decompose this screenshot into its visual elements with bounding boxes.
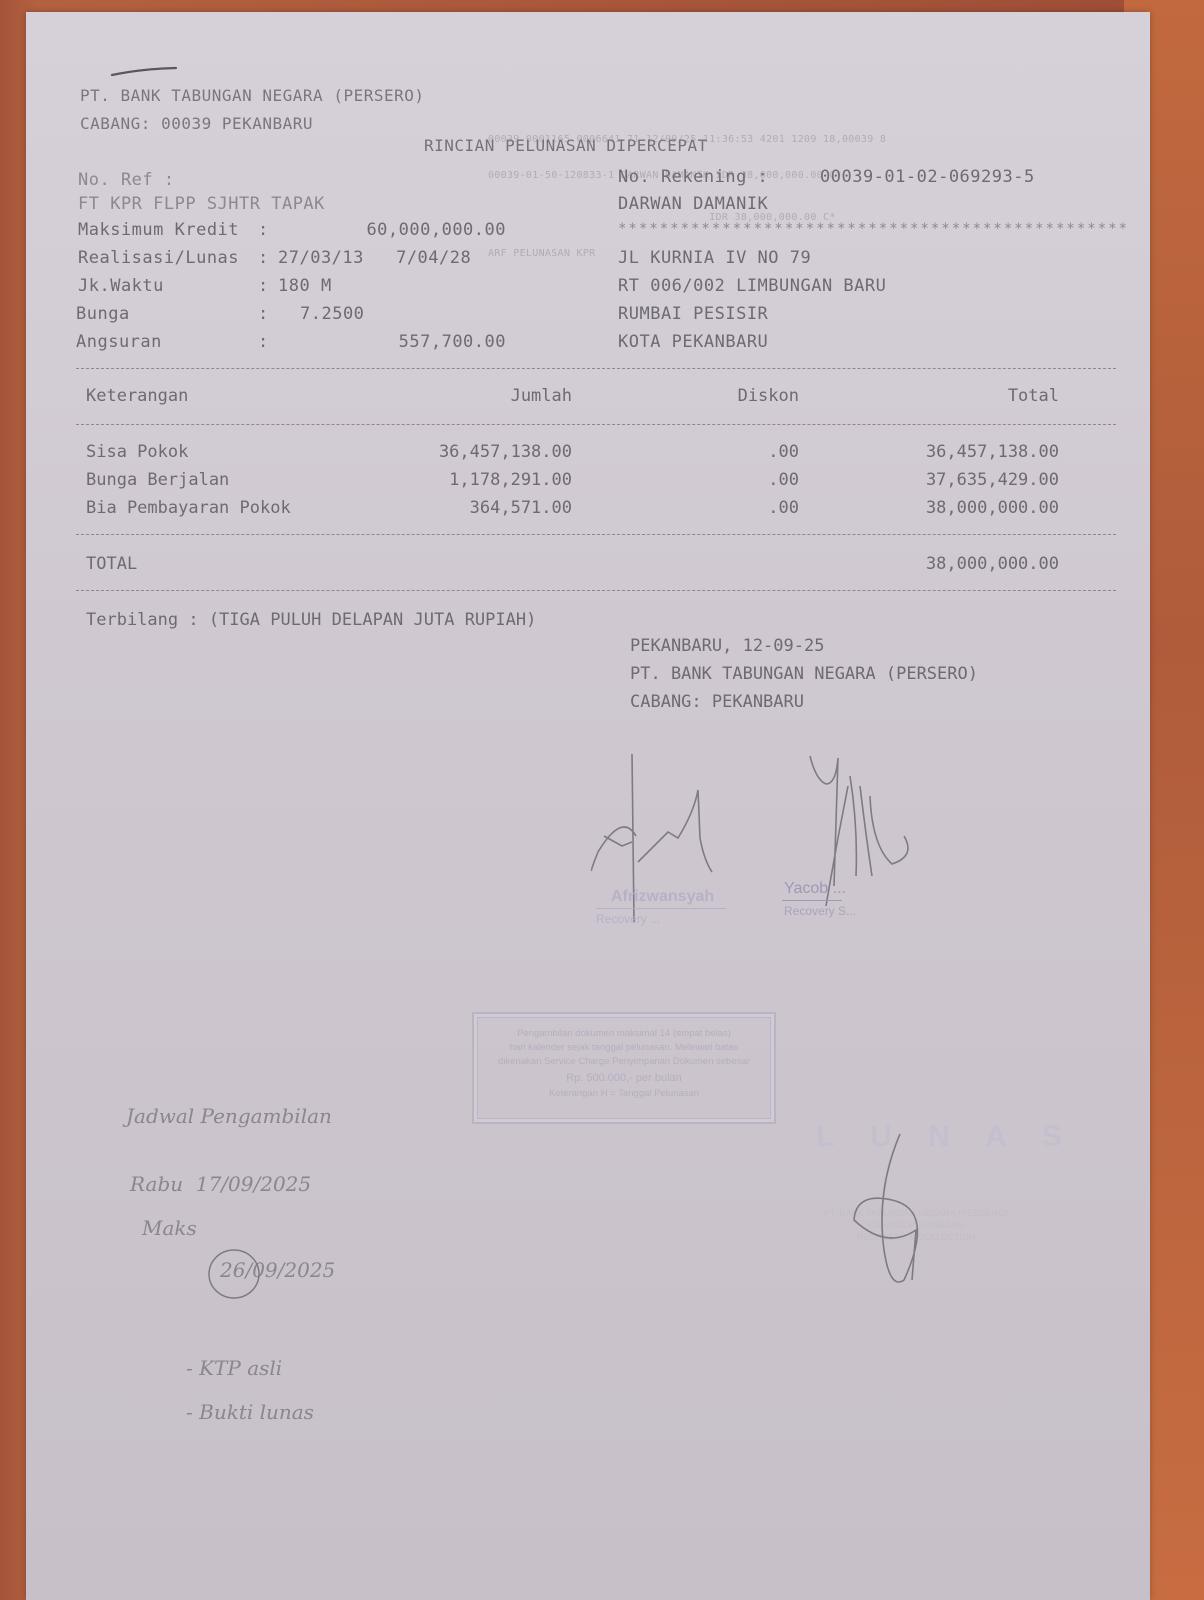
address-line: KOTA PEKANBARU — [618, 332, 768, 352]
field-label: Realisasi/Lunas — [78, 248, 239, 268]
divider — [76, 534, 1116, 535]
stamp-line: hari kalender sejak tanggal pelunasan. M… — [474, 1042, 774, 1053]
place-date: PEKANBARU, 12-09-25 — [630, 636, 824, 656]
stamp-line: Keterangan H = Tanggal Pelunasan — [474, 1088, 774, 1099]
signer-role: Recovery S... — [784, 904, 856, 918]
column-header-keterangan: Keterangan — [86, 386, 188, 406]
field-value: 557,700.00 — [326, 332, 506, 352]
signer-underline — [782, 900, 842, 901]
field-sep: : — [258, 276, 269, 296]
amount-in-words: Terbilang : (TIGA PULUH DELAPAN JUTA RUP… — [86, 610, 536, 630]
handwritten-note: - KTP asli — [186, 1356, 282, 1380]
handwritten-note: Jadwal Pengambilan — [126, 1104, 332, 1128]
signer-role: Recovery ... — [596, 912, 660, 926]
cell-total: 36,457,138.00 — [856, 442, 1059, 462]
document-title: RINCIAN PELUNASAN DIPERCEPAT — [424, 136, 708, 155]
settlement-document: PT. BANK TABUNGAN NEGARA (PERSERO) CABAN… — [26, 12, 1150, 1600]
address-line: RT 006/002 LIMBUNGAN BARU — [618, 276, 886, 296]
column-header-diskon: Diskon — [626, 386, 799, 406]
cell-keterangan: Bia Pembayaran Pokok — [86, 498, 291, 518]
customer-name: DARWAN DAMANIK — [618, 194, 768, 214]
pickup-notice-stamp: Pengambilan dokumen maksimal 14 (empat b… — [472, 1012, 776, 1124]
field-value: 27/03/13 7/04/28 — [278, 248, 471, 268]
cell-total: 38,000,000.00 — [856, 498, 1059, 518]
signer-underline — [596, 908, 726, 909]
field-sep: : — [258, 220, 269, 240]
stamp-line: dikenakan Service Charge Penyimpanan Dok… — [474, 1056, 774, 1067]
stamp-line: Rp. 500.000,- per bulan — [474, 1072, 774, 1084]
field-sep: : — [258, 248, 269, 268]
signer-name: Yacob ... — [784, 880, 846, 898]
cell-jumlah: 364,571.00 — [402, 498, 572, 518]
field-label: Bunga — [76, 304, 130, 324]
column-header-total: Total — [856, 386, 1059, 406]
cell-diskon: .00 — [626, 470, 799, 490]
branch-name: CABANG: 00039 PEKANBARU — [80, 114, 313, 133]
stamp-line: Pengambilan dokumen maksimal 14 (empat b… — [474, 1028, 774, 1039]
pen-mark — [110, 67, 180, 79]
divider — [76, 424, 1116, 425]
handwritten-note: - Bukti lunas — [186, 1400, 314, 1424]
divider — [76, 590, 1116, 591]
rekening-number: 00039-01-02-069293-5 — [820, 167, 1035, 187]
address-line: RUMBAI PESISIR — [618, 304, 768, 324]
total-label: TOTAL — [86, 554, 137, 574]
handwritten-note: Rabu 17/09/2025 — [130, 1172, 311, 1196]
cell-diskon: .00 — [626, 442, 799, 462]
column-header-jumlah: Jumlah — [416, 386, 572, 406]
separator-stars: ****************************************… — [618, 221, 1129, 237]
cell-keterangan: Bunga Berjalan — [86, 470, 229, 490]
field-label: Maksimum Kredit — [78, 220, 239, 240]
total-value: 38,000,000.00 — [856, 554, 1059, 574]
cell-keterangan: Sisa Pokok — [86, 442, 188, 462]
ref-label: No. Ref : — [78, 170, 175, 190]
field-value: 180 M — [278, 276, 332, 296]
field-sep: : — [258, 332, 269, 352]
field-sep: : — [258, 304, 269, 324]
product-name: FT KPR FLPP SJHTR TAPAK — [78, 194, 325, 214]
circle-mark — [206, 1248, 266, 1304]
field-value: 7.2500 — [300, 304, 364, 324]
handwritten-note: Maks — [142, 1216, 197, 1240]
signer-name: Afrizwansyah — [611, 888, 714, 906]
signature-branch: CABANG: PEKANBARU — [630, 692, 804, 712]
field-value: 60,000,000.00 — [326, 220, 506, 240]
field-label: Jk.Waktu — [78, 276, 164, 296]
cell-jumlah: 36,457,138.00 — [402, 442, 572, 462]
divider — [76, 368, 1116, 369]
rekening-label: No. Rekening : — [618, 167, 768, 187]
signature-bank: PT. BANK TABUNGAN NEGARA (PERSERO) — [630, 664, 978, 684]
cell-total: 37,635,429.00 — [856, 470, 1059, 490]
cell-jumlah: 1,178,291.00 — [402, 470, 572, 490]
address-line: JL KURNIA IV NO 79 — [618, 248, 811, 268]
field-label: Angsuran — [76, 332, 162, 352]
lunas-paraf — [846, 1130, 946, 1290]
bank-name: PT. BANK TABUNGAN NEGARA (PERSERO) — [80, 86, 425, 105]
cell-diskon: .00 — [626, 498, 799, 518]
